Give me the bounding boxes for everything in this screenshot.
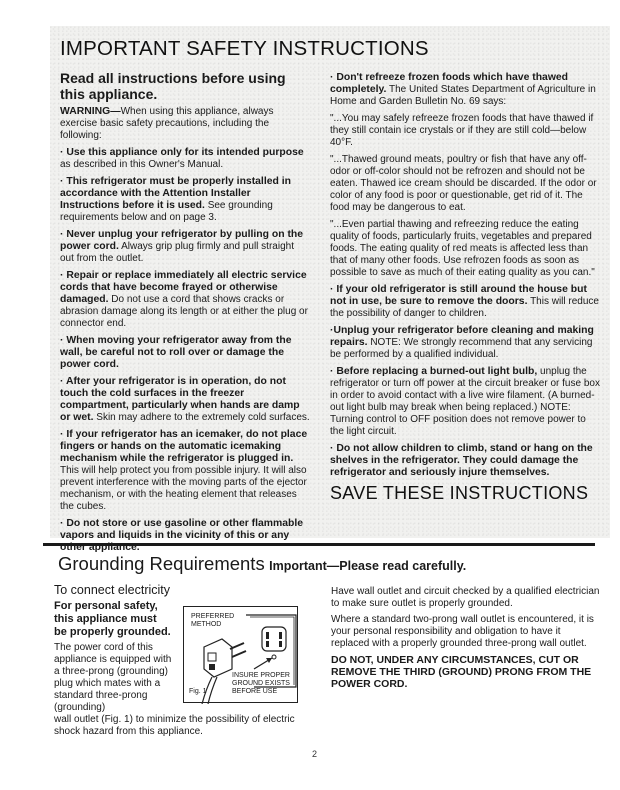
item-text: "...Even partial thawing and refreezing … (330, 219, 595, 278)
read-all-heading: Read all instructions before using this … (60, 70, 290, 102)
item-text: as described in this Owner's Manual. (60, 159, 223, 170)
usda-quote: "...You may safely refreeze frozen foods… (330, 113, 600, 149)
grounding-title: Grounding Requirements (58, 553, 265, 574)
item-text: "...You may safely refreeze frozen foods… (330, 113, 593, 148)
usda-quote: "...Even partial thawing and refreezing … (330, 219, 600, 279)
safety-right-column: · Don't refreeze frozen foods which have… (330, 72, 600, 499)
personal-safety-text: For personal safety, this appliance must… (54, 600, 172, 639)
safety-item: · Do not store or use gasoline or other … (60, 518, 310, 554)
safety-item: · If your refrigerator has an icemaker, … (60, 429, 310, 513)
item-text: This will help protect you from possible… (60, 465, 307, 512)
safety-item: · Repair or replace immediately all elec… (60, 270, 310, 330)
item-bold: · Do not store or use gasoline or other … (60, 518, 303, 553)
connect-heading: To connect electricity (54, 584, 304, 596)
safety-item: ·Unplug your refrigerator before cleanin… (330, 325, 600, 361)
safety-title: IMPORTANT SAFETY INSTRUCTIONS (60, 37, 429, 61)
grounding-right-column: Have wall outlet and circuit checked by … (331, 586, 601, 690)
item-bold: · When moving your refrigerator away fro… (60, 335, 292, 370)
safety-item: · Use this appliance only for its intend… (60, 147, 310, 171)
warning-label: WARNING— (60, 106, 121, 117)
item-text: Skin may adhere to the extremely cold su… (94, 412, 310, 423)
safety-item: · Before replacing a burned-out light bu… (330, 366, 600, 438)
outlet-check-text: Have wall outlet and circuit checked by … (331, 586, 601, 610)
preferred-method-label: PREFERRED METHOD (191, 613, 236, 629)
usda-quote: "...Thawed ground meats, poultry or fish… (330, 154, 600, 214)
safety-left-column: Read all instructions before using this … (60, 70, 310, 559)
figure-1-plug-diagram: PREFERRED METHOD INSURE PROPER GROUND EX… (183, 606, 298, 703)
safety-item: · Do not allow children to climb, stand … (330, 443, 600, 479)
item-bold: · Use this appliance only for its intend… (60, 147, 304, 158)
ground-prong-warning: DO NOT, UNDER ANY CIRCUMSTANCES, CUT OR … (331, 654, 601, 690)
figure-number: Fig. 1 (189, 688, 207, 696)
safety-item: · This refrigerator must be properly ins… (60, 176, 310, 224)
safety-item: · Don't refreeze frozen foods which have… (330, 72, 600, 108)
page-number: 2 (312, 749, 317, 759)
safety-item: · If your old refrigerator is still arou… (330, 284, 600, 320)
item-bold: · Do not allow children to climb, stand … (330, 443, 593, 478)
power-cord-text-continued: wall outlet (Fig. 1) to minimize the pos… (54, 714, 304, 738)
two-prong-text: Where a standard two-prong wall outlet i… (331, 614, 601, 650)
item-bold: · Before replacing a burned-out light bu… (330, 366, 537, 377)
item-bold: · If your refrigerator has an icemaker, … (60, 429, 307, 464)
safety-item: · Never unplug your refrigerator by pull… (60, 229, 310, 265)
grounding-subtitle: Important—Please read carefully. (269, 559, 466, 573)
save-instructions-heading: SAVE THESE INSTRUCTIONS (330, 487, 600, 499)
warning-paragraph: WARNING—When using this appliance, alway… (60, 106, 310, 142)
item-text: NOTE: We strongly recommend that any ser… (330, 337, 592, 360)
grounding-heading: Grounding Requirements Important—Please … (58, 553, 466, 575)
power-cord-text: The power cord of this appliance is equi… (54, 642, 174, 714)
insure-ground-label: INSURE PROPER GROUND EXISTS BEFORE USE (232, 672, 294, 696)
safety-item: · When moving your refrigerator away fro… (60, 335, 310, 371)
section-divider (43, 543, 595, 546)
item-text: "...Thawed ground meats, poultry or fish… (330, 154, 597, 213)
safety-item: · After your refrigerator is in operatio… (60, 376, 310, 424)
